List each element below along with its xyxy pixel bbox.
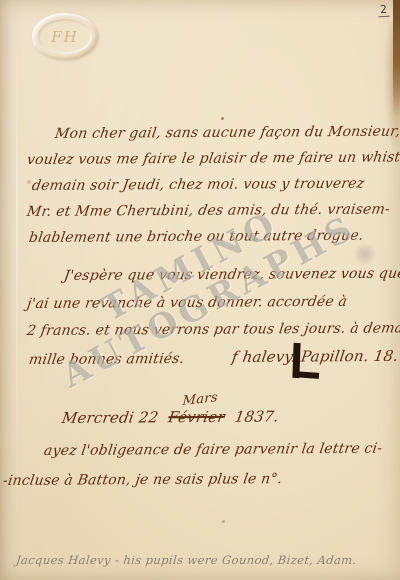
postscript-line: ayez l'obligeance de faire parvenir la l… bbox=[43, 441, 384, 459]
ink-speck bbox=[221, 117, 224, 120]
date-prefix: Mercredi 22 bbox=[61, 408, 160, 427]
page-number: 2 bbox=[378, 3, 390, 18]
seal-monogram: FH bbox=[32, 13, 98, 60]
closing-line: mille bonnes amitiés. bbox=[28, 351, 186, 368]
struck-month: Février bbox=[167, 408, 226, 426]
paper-smudge bbox=[352, 243, 378, 265]
letter-line: demain soir Jeudi, chez moi. vous y trou… bbox=[31, 176, 366, 194]
letter-line: Mr. et Mme Cherubini, des amis, du thé. … bbox=[26, 201, 391, 220]
inserted-month: Mars bbox=[182, 390, 218, 409]
letter-line: 2 francs. et nous verrons par tous les j… bbox=[26, 320, 400, 339]
embossed-seal: FH bbox=[32, 13, 98, 60]
letter-line: Mon cher gail, sans aucune façon du Mons… bbox=[54, 124, 400, 142]
signature: f halevy. Papillon. 18. bbox=[231, 347, 400, 366]
date-year: 1837. bbox=[233, 407, 280, 425]
letter-line: j'ai une revanche à vous donner. accordé… bbox=[26, 294, 348, 312]
letter-line: voulez vous me faire le plaisir de me fa… bbox=[26, 149, 400, 168]
paper-speck bbox=[222, 520, 225, 523]
paper-fold bbox=[16, 0, 18, 580]
postscript-line: -incluse à Batton, je ne sais plus le n°… bbox=[2, 471, 284, 489]
letter-line: J'espère que vous viendrez, souvenez vou… bbox=[63, 266, 400, 284]
date-line: Mercredi 22Février1837. Mars bbox=[61, 407, 281, 427]
letter-line: blablement une brioche ou tout autre dro… bbox=[28, 228, 365, 246]
paper-speck bbox=[27, 180, 31, 184]
dealer-caption: Jacques Halevy - his pupils were Gounod,… bbox=[15, 553, 357, 567]
letter-page: FH 2 Mon cher gail, sans aucune façon du… bbox=[0, 0, 400, 580]
